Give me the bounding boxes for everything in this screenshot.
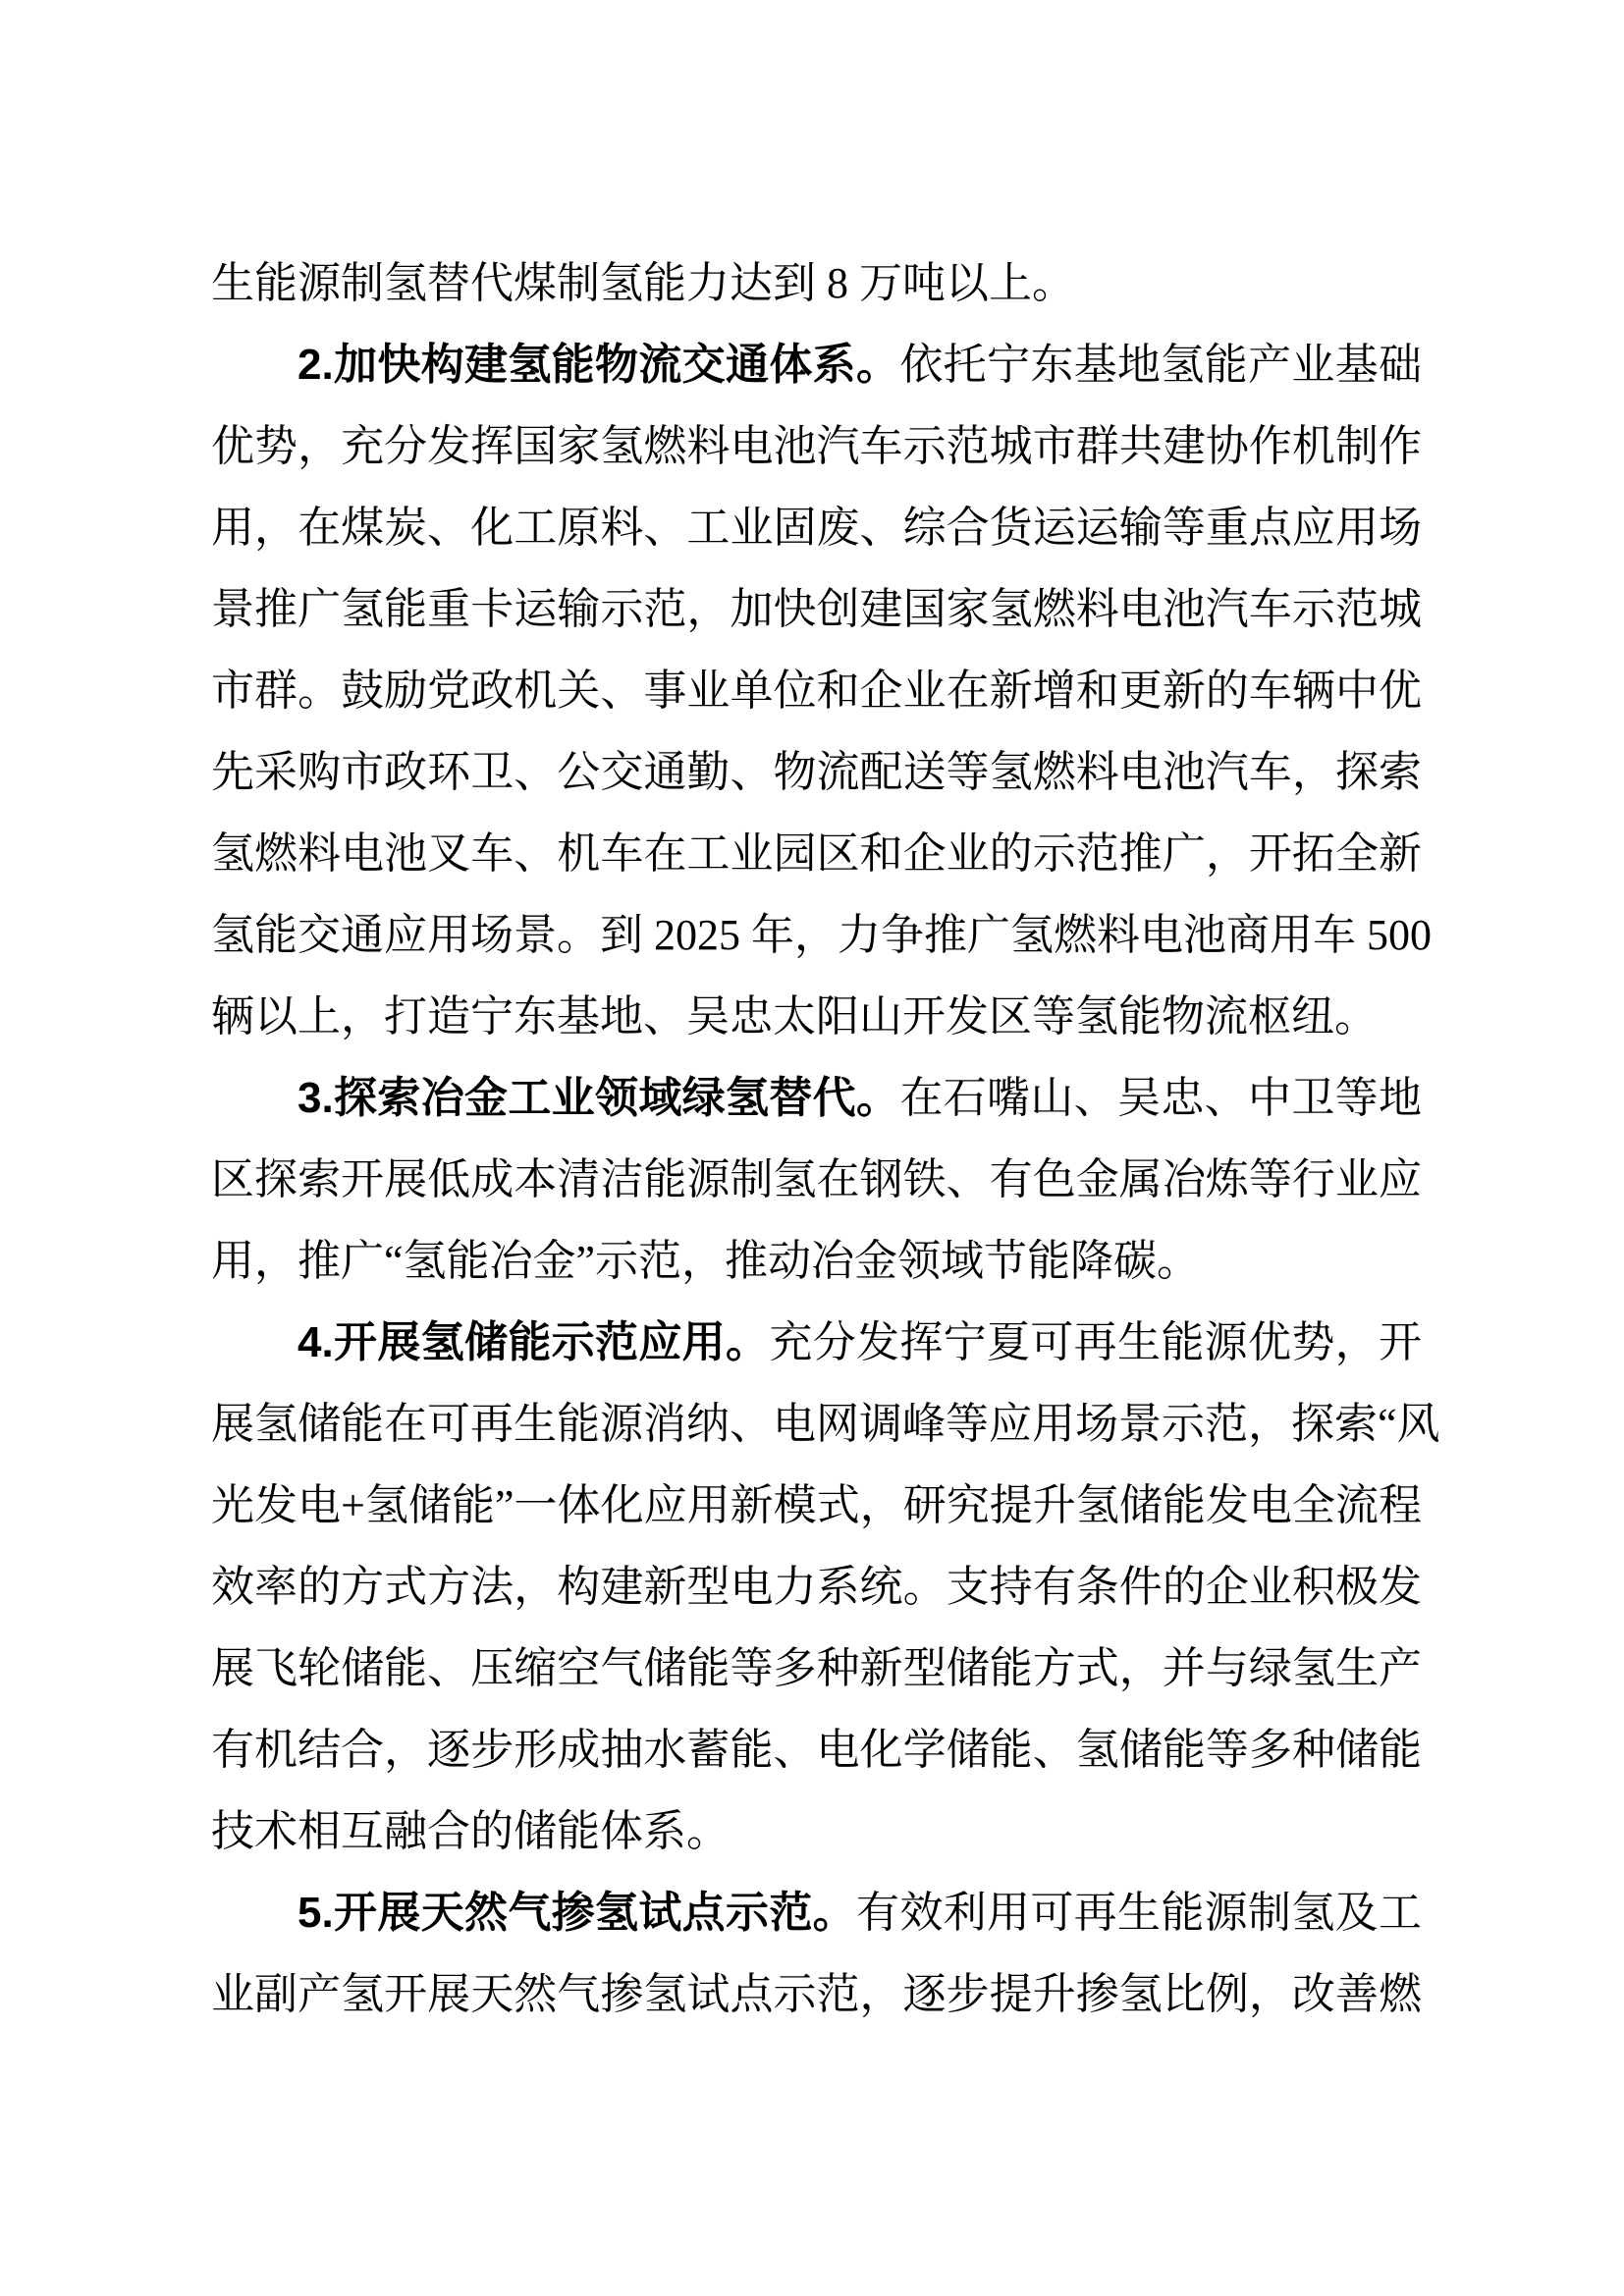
body-text: 展飞轮储能、压缩空气储能等多种新型储能方式，并与绿氢生产 — [211, 1644, 1422, 1692]
paragraph-heading: 3.探索冶金工业领域绿氢替代。 — [298, 1074, 899, 1122]
text-line: 生能源制氢替代煤制氢能力达到 8 万吨以上。 — [211, 242, 1422, 324]
body-text: 用，在煤炭、化工原料、工业固废、综合货运运输等重点应用场 — [211, 504, 1422, 552]
body-text: 区探索开展低成本清洁能源制氢在钢铁、有色金属冶炼等行业应 — [211, 1155, 1422, 1203]
body-text: 市群。鼓励党政机关、事业单位和企业在新增和更新的车辆中优 — [211, 667, 1422, 715]
document-body: 生能源制氢替代煤制氢能力达到 8 万吨以上。2.加快构建氢能物流交通体系。依托宁… — [211, 242, 1422, 2035]
body-text: 景推广氢能重卡运输示范，加快创建国家氢燃料电池汽车示范城 — [211, 585, 1422, 633]
text-line: 市群。鼓励党政机关、事业单位和企业在新增和更新的车辆中优 — [211, 650, 1422, 731]
text-line: 有机结合，逐步形成抽水蓄能、电化学储能、氢储能等多种储能 — [211, 1709, 1422, 1790]
paragraph-heading: 5.开展天然气掺氢试点示范。 — [298, 1889, 856, 1937]
text-line: 区探索开展低成本清洁能源制氢在钢铁、有色金属冶炼等行业应 — [211, 1139, 1422, 1220]
paragraph-heading: 2.加快构建氢能物流交通体系。 — [298, 341, 899, 389]
body-text: 业副产氢开展天然气掺氢试点示范，逐步提升掺氢比例，改善燃 — [211, 1970, 1422, 2018]
text-line: 辆以上，打造宁东基地、吴忠太阳山开发区等氢能物流枢纽。 — [211, 976, 1422, 1057]
text-line: 用，在煤炭、化工原料、工业固废、综合货运运输等重点应用场 — [211, 487, 1422, 568]
paragraph-heading: 4.开展氢储能示范应用。 — [298, 1318, 769, 1366]
body-text: 展氢储能在可再生能源消纳、电网调峰等应用场景示范，探索“风 — [211, 1400, 1440, 1448]
text-line: 先采购市政环卫、公交通勤、物流配送等氢燃料电池汽车，探索 — [211, 731, 1422, 813]
body-text: 用，推广“氢能冶金”示范，推动冶金领域节能降碳。 — [211, 1237, 1200, 1285]
text-line: 氢能交通应用场景。到 2025 年，力争推广氢燃料电池商用车 500 — [211, 894, 1422, 976]
body-text: 有机结合，逐步形成抽水蓄能、电化学储能、氢储能等多种储能 — [211, 1726, 1422, 1774]
text-line: 2.加快构建氢能物流交通体系。依托宁东基地氢能产业基础 — [211, 324, 1422, 405]
body-text: 技术相互融合的储能体系。 — [211, 1807, 730, 1855]
body-text: 在石嘴山、吴忠、中卫等地 — [899, 1074, 1422, 1122]
text-line: 展飞轮储能、压缩空气储能等多种新型储能方式，并与绿氢生产 — [211, 1628, 1422, 1709]
body-text: 光发电+氢储能”一体化应用新模式，研究提升氢储能发电全流程 — [211, 1481, 1422, 1529]
body-text: 效率的方式方法，构建新型电力系统。支持有条件的企业积极发 — [211, 1563, 1422, 1611]
body-text: 辆以上，打造宁东基地、吴忠太阳山开发区等氢能物流枢纽。 — [211, 992, 1378, 1041]
text-line: 4.开展氢储能示范应用。充分发挥宁夏可再生能源优势，开 — [211, 1302, 1422, 1383]
text-line: 氢燃料电池叉车、机车在工业园区和企业的示范推广，开拓全新 — [211, 813, 1422, 894]
body-text: 充分发挥宁夏可再生能源优势，开 — [769, 1318, 1422, 1366]
body-text: 依托宁东基地氢能产业基础 — [899, 341, 1422, 389]
text-line: 光发电+氢储能”一体化应用新模式，研究提升氢储能发电全流程 — [211, 1465, 1422, 1546]
body-text: 氢燃料电池叉车、机车在工业园区和企业的示范推广，开拓全新 — [211, 829, 1422, 878]
text-line: 5.开展天然气掺氢试点示范。有效利用可再生能源制氢及工 — [211, 1872, 1422, 1953]
text-line: 展氢储能在可再生能源消纳、电网调峰等应用场景示范，探索“风 — [211, 1383, 1422, 1465]
document-page: 生能源制氢替代煤制氢能力达到 8 万吨以上。2.加快构建氢能物流交通体系。依托宁… — [0, 0, 1624, 2296]
body-text: 先采购市政环卫、公交通勤、物流配送等氢燃料电池汽车，探索 — [211, 748, 1422, 796]
text-line: 业副产氢开展天然气掺氢试点示范，逐步提升掺氢比例，改善燃 — [211, 1953, 1422, 2035]
text-line: 技术相互融合的储能体系。 — [211, 1790, 1422, 1872]
text-line: 用，推广“氢能冶金”示范，推动冶金领域节能降碳。 — [211, 1220, 1422, 1302]
body-text: 氢能交通应用场景。到 2025 年，力争推广氢燃料电池商用车 500 — [211, 911, 1432, 959]
text-line: 效率的方式方法，构建新型电力系统。支持有条件的企业积极发 — [211, 1546, 1422, 1628]
text-line: 3.探索冶金工业领域绿氢替代。在石嘴山、吴忠、中卫等地 — [211, 1057, 1422, 1139]
text-line: 景推广氢能重卡运输示范，加快创建国家氢燃料电池汽车示范城 — [211, 568, 1422, 650]
body-text: 有效利用可再生能源制氢及工 — [856, 1889, 1422, 1937]
text-line: 优势，充分发挥国家氢燃料电池汽车示范城市群共建协作机制作 — [211, 405, 1422, 487]
body-text: 优势，充分发挥国家氢燃料电池汽车示范城市群共建协作机制作 — [211, 422, 1422, 470]
body-text: 生能源制氢替代煤制氢能力达到 8 万吨以上。 — [211, 259, 1075, 307]
